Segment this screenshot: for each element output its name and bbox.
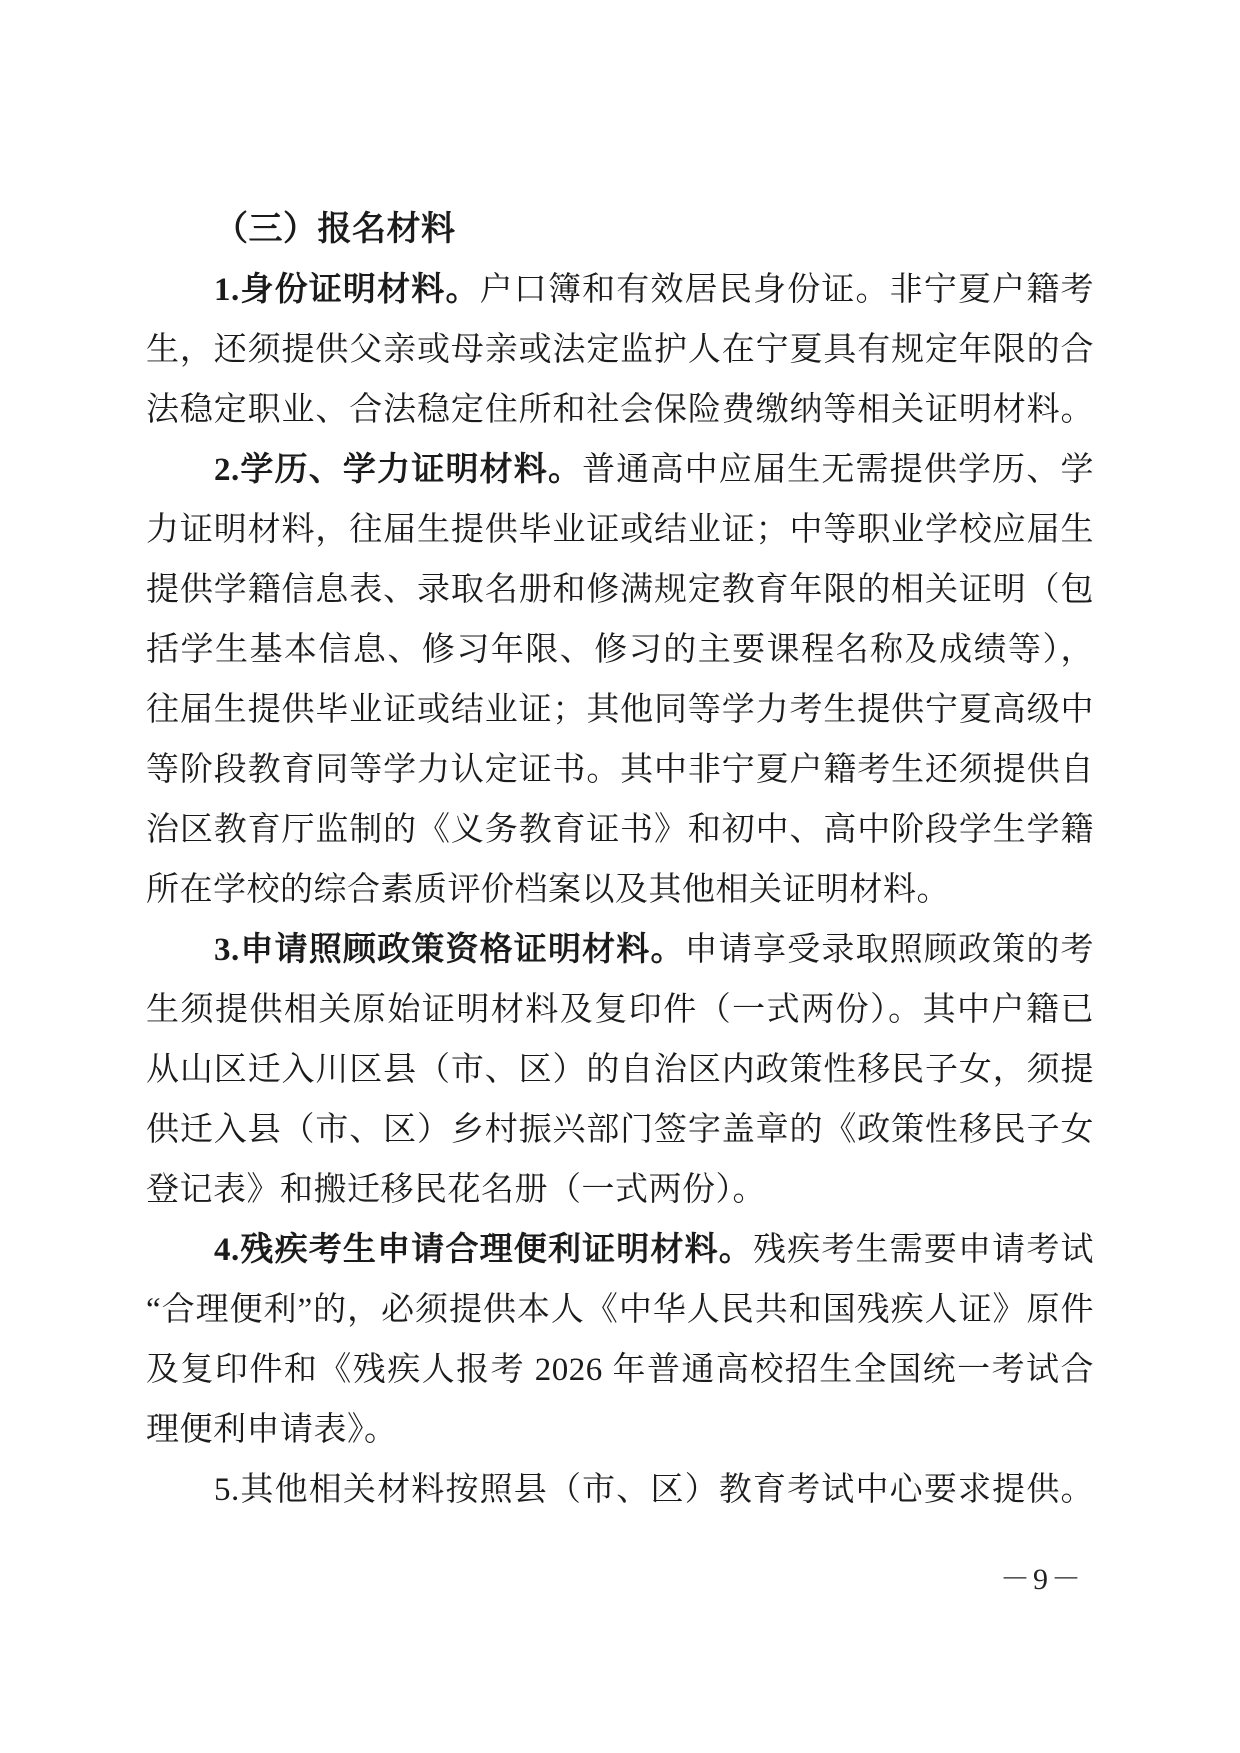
doc-line: 5.其他相关材料按照县（市、区）教育考试中心要求提供。 (146, 1460, 1094, 1520)
doc-line: 括学生基本信息、修习年限、修习的主要课程名称及成绩等）， (146, 620, 1094, 680)
doc-line: 供迁入县（市、区）乡村振兴部门签字盖章的《政策性移民子女 (146, 1100, 1094, 1160)
doc-line: 2.学历、学力证明材料。普通高中应届生无需提供学历、学 (146, 440, 1094, 500)
doc-line: 生，还须提供父亲或母亲或法定监护人在宁夏具有规定年限的合 (146, 320, 1094, 380)
doc-line: 理便利申请表》。 (146, 1400, 1094, 1460)
doc-line-text: 供迁入县（市、区）乡村振兴部门签字盖章的《政策性移民子女 (146, 1112, 1094, 1148)
item-4-lead: 4.残疾考生申请合理便利证明材料。 (214, 1232, 753, 1268)
doc-line: 提供学籍信息表、录取名册和修满规定教育年限的相关证明（包 (146, 560, 1094, 620)
doc-line: 力证明材料，往届生提供毕业证或结业证；中等职业学校应届生 (146, 500, 1094, 560)
doc-line-text: 生须提供相关原始证明材料及复印件（一式两份）。其中户籍已 (146, 992, 1094, 1028)
doc-line: 从山区迁入川区县（市、区）的自治区内政策性移民子女，须提 (146, 1040, 1094, 1100)
item-3-lead: 3.申请照顾政策资格证明材料。 (214, 932, 685, 968)
doc-line: 生须提供相关原始证明材料及复印件（一式两份）。其中户籍已 (146, 980, 1094, 1040)
section-heading: （三）报名材料 (146, 200, 1094, 260)
doc-line-text: 户口簿和有效居民身份证。非宁夏户籍考 (480, 272, 1094, 308)
doc-line-text: 理便利申请表》。 (146, 1412, 398, 1448)
doc-line-text: 从山区迁入川区县（市、区）的自治区内政策性移民子女，须提 (146, 1052, 1094, 1088)
doc-line: 1.身份证明材料。户口簿和有效居民身份证。非宁夏户籍考 (146, 260, 1094, 320)
doc-line-text: 残疾考生需要申请考试 (753, 1232, 1094, 1268)
doc-line-text: 力证明材料，往届生提供毕业证或结业证；中等职业学校应届生 (146, 512, 1094, 548)
item-2-lead: 2.学历、学力证明材料。 (214, 452, 582, 488)
doc-line-text: 及复印件和《残疾人报考 2026 年普通高校招生全国统一考试合 (146, 1352, 1094, 1388)
document-page: （三）报名材料 1.身份证明材料。户口簿和有效居民身份证。非宁夏户籍考 生，还须… (0, 0, 1240, 1753)
doc-line: 3.申请照顾政策资格证明材料。申请享受录取照顾政策的考 (146, 920, 1094, 980)
doc-line-text: 普通高中应届生无需提供学历、学 (582, 452, 1094, 488)
doc-line: 及复印件和《残疾人报考 2026 年普通高校招生全国统一考试合 (146, 1340, 1094, 1400)
section-heading-text: （三）报名材料 (214, 211, 456, 248)
page-number: －9－ (1000, 1560, 1084, 1600)
item-1-lead: 1.身份证明材料。 (214, 272, 480, 308)
doc-line: 4.残疾考生申请合理便利证明材料。残疾考生需要申请考试 (146, 1220, 1094, 1280)
doc-line-text: 等阶段教育同等学力认定证书。其中非宁夏户籍考生还须提供自 (146, 752, 1094, 788)
doc-line: “合理便利”的，必须提供本人《中华人民共和国残疾人证》原件 (146, 1280, 1094, 1340)
doc-line-text: 生，还须提供父亲或母亲或法定监护人在宁夏具有规定年限的合 (146, 332, 1094, 368)
doc-line-text: 提供学籍信息表、录取名册和修满规定教育年限的相关证明（包 (146, 572, 1094, 608)
doc-line: 治区教育厅监制的《义务教育证书》和初中、高中阶段学生学籍 (146, 800, 1094, 860)
doc-line-text: 申请享受录取照顾政策的考 (685, 932, 1094, 968)
doc-line-text: 往届生提供毕业证或结业证；其他同等学力考生提供宁夏高级中 (146, 692, 1094, 728)
doc-line-text: 括学生基本信息、修习年限、修习的主要课程名称及成绩等）， (146, 632, 1094, 668)
doc-line-text: 治区教育厅监制的《义务教育证书》和初中、高中阶段学生学籍 (146, 812, 1094, 848)
doc-line-text: 所在学校的综合素质评价档案以及其他相关证明材料。 (146, 872, 950, 908)
doc-line: 往届生提供毕业证或结业证；其他同等学力考生提供宁夏高级中 (146, 680, 1094, 740)
doc-line: 法稳定职业、合法稳定住所和社会保险费缴纳等相关证明材料。 (146, 380, 1094, 440)
doc-line-text: 登记表》和搬迁移民花名册（一式两份）。 (146, 1172, 766, 1208)
doc-line-text: “合理便利”的，必须提供本人《中华人民共和国残疾人证》原件 (146, 1292, 1094, 1328)
document-body: （三）报名材料 1.身份证明材料。户口簿和有效居民身份证。非宁夏户籍考 生，还须… (146, 200, 1094, 1520)
doc-line: 所在学校的综合素质评价档案以及其他相关证明材料。 (146, 860, 1094, 920)
doc-line: 等阶段教育同等学力认定证书。其中非宁夏户籍考生还须提供自 (146, 740, 1094, 800)
doc-line-text: 5.其他相关材料按照县（市、区）教育考试中心要求提供。 (214, 1472, 1094, 1508)
doc-line-text: 法稳定职业、合法稳定住所和社会保险费缴纳等相关证明材料。 (146, 392, 1094, 428)
doc-line: 登记表》和搬迁移民花名册（一式两份）。 (146, 1160, 1094, 1220)
